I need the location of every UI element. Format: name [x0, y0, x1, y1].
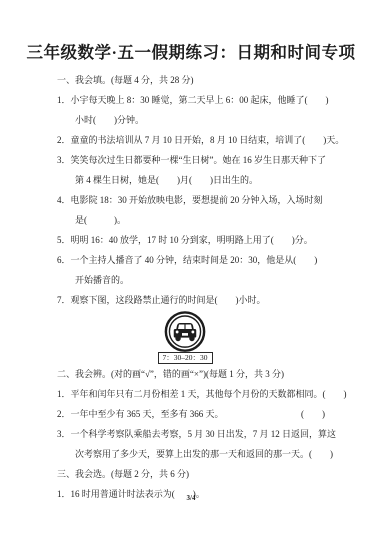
- question-line: 是( )。: [57, 210, 325, 230]
- question-line: 2．一年中至少有 365 天，至多有 366 天。 ( ): [57, 404, 325, 424]
- question-line: 2．童童的书法培训从 7 月 10 日开始，8 月 10 日结束，培训了( )天…: [57, 130, 325, 150]
- question-line: 小时( )分钟。: [57, 110, 325, 130]
- section-choose-heading: 三、我会选。(每题 2 分，共 6 分): [57, 464, 325, 484]
- traffic-sign: 7：30–20：30: [51, 310, 319, 364]
- section-fill-heading: 一、我会填。(每题 4 分，共 28 分): [57, 70, 325, 90]
- worksheet-page: 三年级数学·五一假期练习：日期和时间专项 一、我会填。(每题 4 分，共 28 …: [0, 0, 382, 540]
- question-line: 第 4 棵生日树，她是( )月( )日出生的。: [57, 170, 325, 190]
- section-judge-heading: 二、我会辨。(对的画“√”，错的画“×”)(每题 1 分，共 3 分): [57, 364, 325, 384]
- sign-time-plate: 7：30–20：30: [158, 352, 213, 364]
- worksheet-body: 一、我会填。(每题 4 分，共 28 分) 1．小宇每天晚上 8：30 睡觉，第…: [0, 64, 382, 504]
- question-line: 6．一个主持人播音了 40 分钟，结束时间是 20：30，他是从( ): [57, 250, 325, 270]
- question-line: 7．观察下图，这段路禁止通行的时间是( )小时。: [57, 290, 325, 310]
- no-motor-vehicles-sign-icon: [162, 310, 208, 355]
- question-line: 次考察用了多少天，要算上出发的那一天和返回的那一天。 ( ): [57, 444, 325, 464]
- answer-blank: ( ): [301, 404, 325, 424]
- worksheet-title: 三年级数学·五一假期练习：日期和时间专项: [0, 0, 382, 64]
- question-line: 5．明明 16：40 放学，17 时 10 分到家，明明路上用了( )分。: [57, 230, 325, 250]
- page-number: 3/4: [0, 494, 382, 502]
- question-text: 次考察用了多少天，要算上出发的那一天和返回的那一天。: [75, 444, 309, 464]
- answer-blank: ( ): [309, 444, 333, 464]
- question-line: 开始播音的。: [57, 270, 325, 290]
- question-line: 1．小宇每天晚上 8：30 睡觉，第二天早上 6：00 起床，他睡了( ): [57, 90, 325, 110]
- question-text: 2．一年中至少有 365 天，至多有 366 天。: [57, 404, 224, 424]
- question-line: 3．一个科学考察队乘船去考察，5 月 30 日出发，7 月 12 日返回，算这: [57, 424, 325, 444]
- question-line: 1．平年和闰年只有二月份相差 1 天，其他每个月份的天数都相同。( ): [57, 384, 325, 404]
- question-line: 3．笑笑每次过生日都要种一棵“生日树”。她在 16 岁生日那天种下了: [57, 150, 325, 170]
- question-line: 4．电影院 18：30 开始放映电影，要想提前 20 分钟入场，入场时刻: [57, 190, 325, 210]
